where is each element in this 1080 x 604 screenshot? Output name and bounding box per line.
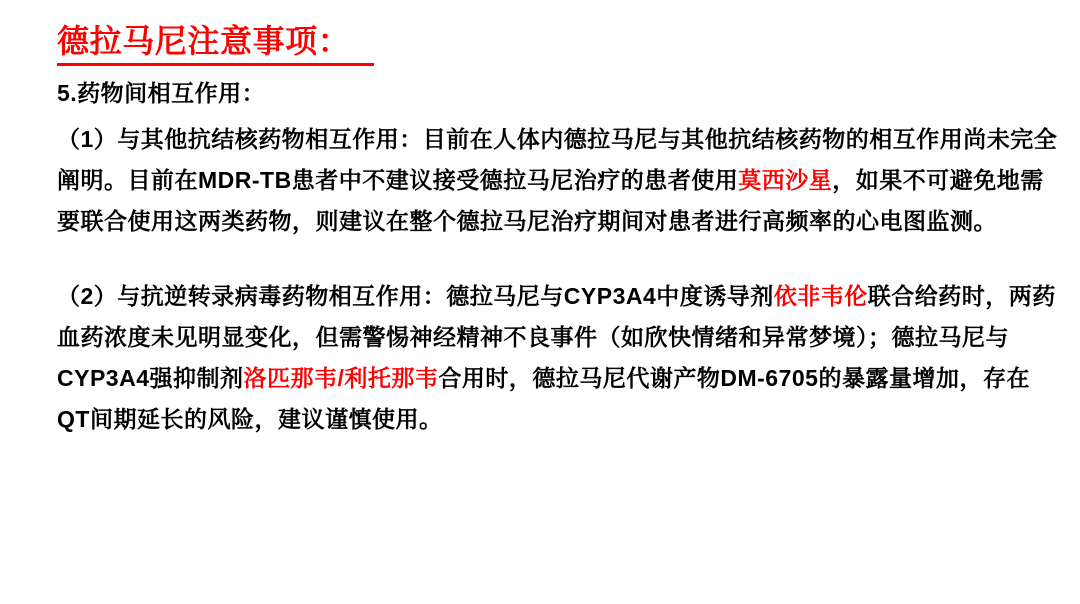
highlight-lopinavir-ritonavir: 洛匹那韦/利托那韦: [243, 365, 438, 391]
paragraph-other-antitb-drug-interactions: （1）与其他抗结核药物相互作用：目前在人体内德拉马尼与其他抗结核药物的相互作用尚…: [57, 119, 1034, 242]
text-line: 血药浓度未见明显变化，但需警惕神经精神不良事件（如欣快情绪和异常梦境）；德拉马尼…: [57, 317, 1034, 358]
slide-title: 德拉马尼注意事项：: [57, 20, 374, 66]
text-run: （2）与抗逆转录病毒药物相互作用：德拉马尼与CYP3A4中度诱导剂: [57, 283, 774, 309]
text-line: （1）与其他抗结核药物相互作用：目前在人体内德拉马尼与其他抗结核药物的相互作用尚…: [57, 119, 1034, 160]
text-run: 阐明。目前在MDR-TB患者中不建议接受德拉马尼治疗的患者使用: [57, 167, 738, 193]
text-line: QT间期延长的风险，建议谨慎使用。: [57, 399, 1034, 440]
text-line: 阐明。目前在MDR-TB患者中不建议接受德拉马尼治疗的患者使用莫西沙星，如果不可…: [57, 160, 1034, 201]
text-run: 合用时，德拉马尼代谢产物DM-6705的暴露量增加，存在: [438, 365, 1030, 391]
text-run: ，如果不可避免地需: [832, 167, 1044, 193]
text-run: CYP3A4强抑制剂: [57, 365, 243, 391]
text-run: 血药浓度未见明显变化，但需警惕神经精神不良事件（如欣快情绪和异常梦境）；德拉马尼…: [57, 324, 1009, 350]
text-run: 要联合使用这两类药物，则建议在整个德拉马尼治疗期间对患者进行高频率的心电图监测。: [57, 208, 997, 234]
text-line: CYP3A4强抑制剂洛匹那韦/利托那韦合用时，德拉马尼代谢产物DM-6705的暴…: [57, 358, 1034, 399]
section-heading-drug-interactions: 5.药物间相互作用：: [57, 73, 1034, 114]
text-run: QT间期延长的风险，建议谨慎使用。: [57, 406, 442, 432]
text-run: 联合给药时，两药: [868, 283, 1056, 309]
slide: 德拉马尼注意事项： 5.药物间相互作用： （1）与其他抗结核药物相互作用：目前在…: [0, 0, 1080, 604]
text-line: （2）与抗逆转录病毒药物相互作用：德拉马尼与CYP3A4中度诱导剂依非韦伦联合给…: [57, 276, 1034, 317]
text-run: （1）与其他抗结核药物相互作用：目前在人体内德拉马尼与其他抗结核药物的相互作用尚…: [57, 126, 1057, 152]
paragraph-antiretroviral-drug-interactions: （2）与抗逆转录病毒药物相互作用：德拉马尼与CYP3A4中度诱导剂依非韦伦联合给…: [57, 276, 1034, 440]
text-line: 要联合使用这两类药物，则建议在整个德拉马尼治疗期间对患者进行高频率的心电图监测。: [57, 201, 1034, 242]
highlight-efavirenz: 依非韦伦: [774, 283, 868, 309]
highlight-moxifloxacin: 莫西沙星: [738, 167, 832, 193]
